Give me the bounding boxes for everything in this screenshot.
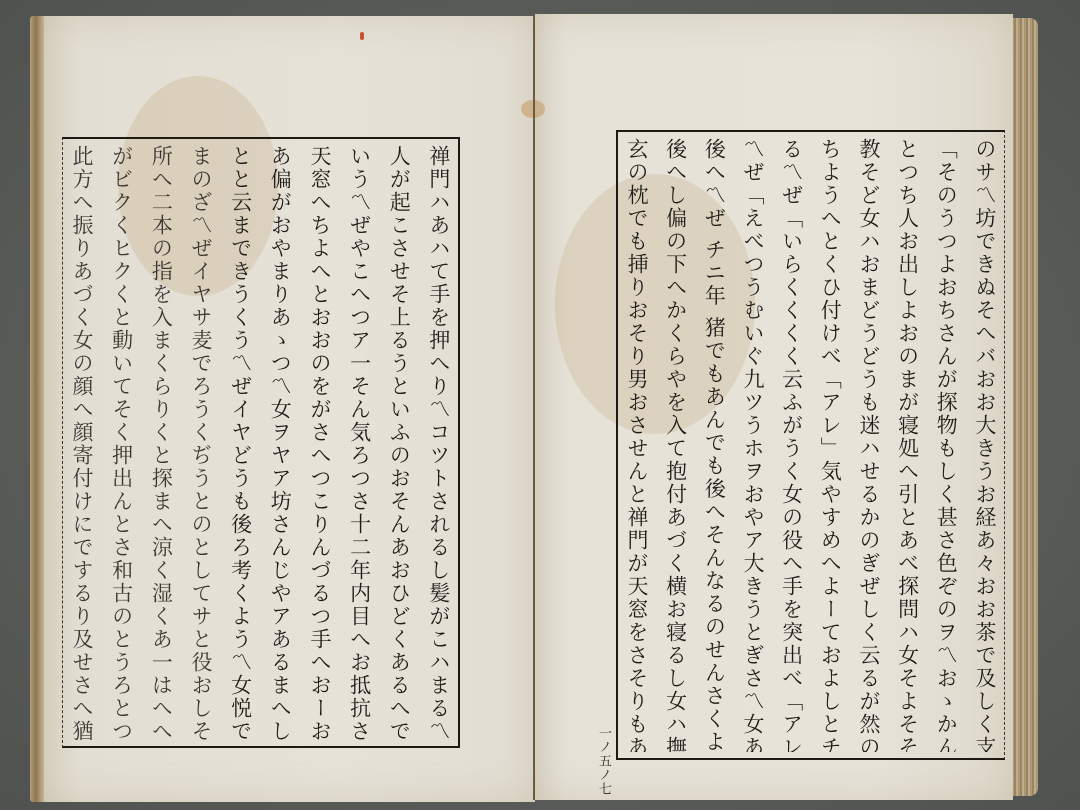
text-column: あ偏がおやまりあゝつ〽女ヲヤア坊さんじやアあるまへし女偏こさまさ xyxy=(267,145,293,740)
text-column: とと云まできうくう〽ぜイヤどうも後ろ考くよう〽女悦で手を抱おおあち xyxy=(228,145,254,740)
text-column: 天窓へちよへとおおのをがさへつこりんづるつ手へおーおへてくさやうす xyxy=(307,145,333,740)
right-text-columns: のサ〽坊できぬそへバおお大きうお経あ々おお茶で及しく支えでギュッリ 「そのうつよ… xyxy=(624,138,998,752)
page-edges xyxy=(1013,18,1038,796)
text-column: る〽ぜ「いらくくくく云ふがうく女の役へ手を突出べ「アレまアえびつうみおる xyxy=(779,138,805,752)
text-column: がビクくヒクくと動いてそく押出んとさ和古のとうろとつ xyxy=(109,145,135,740)
text-column: 玄の枕でも挿りおそり男おさせんと禅門が天窓をさそりもあへゆ xyxy=(624,138,650,752)
text-column: 「そのうつよおちさんが探物もしく甚さ色ぞのヲ〽おゝかんまれ女 xyxy=(933,138,959,752)
text-column: ちようへとくひ付けべ「アレ」気やすめへよーておよしとチュクリ男の身をとつる xyxy=(817,138,843,752)
text-column: 〽ぜ「えべつうむいぐ九ツうホヲおやア大きうとぎさ〽女あぜ九つつさへさのぐ xyxy=(740,138,766,752)
text-column: 後へし偏の下へかくらやを入て抱付あづく横お寝るし女ハ撫でよう xyxy=(663,138,689,752)
page-number: 一ノ五ノ七 xyxy=(594,726,613,796)
text-column: いう〽ぜやこへつア一そん気ろつさ十二年内目へお抵抗さあへ出るけりやつ夢れへ xyxy=(347,145,373,740)
text-column: まのざ〽ぜイヤサ麦でろうくぢうとのとしてサと役おしそさけて足へあへさとき xyxy=(188,145,214,740)
red-ink-spot xyxy=(360,32,364,40)
text-column: 此方へ振りあづく女の顔へ顔寄付けにでするり及せさへ猶こあ xyxy=(69,145,95,740)
book-spine xyxy=(533,16,535,800)
text-column: 人が起こさせそ上るうといふのおそんあおひどくあるへでも直ちやる xyxy=(386,145,412,740)
left-text-frame: 禅門ハあハて手を押へり〽コツトされるし髪がこハまる〽女アレサおちつく 人が起こさ… xyxy=(62,137,460,748)
text-column: 所へ二本の指を入まくらりくと探まへ涼く湿くあ一はへへて家 xyxy=(148,145,174,740)
text-column: のサ〽坊できぬそへバおお大きうお経あ々おお茶で及しく支えでギュッリ xyxy=(972,138,998,752)
text-column: 禅門ハあハて手を押へり〽コツトされるし髪がこハまる〽女アレサおちつく xyxy=(426,145,452,740)
text-column: 教そど女ハおまどうどうも迷ハせるかのぎぜしく云るが然のあるりと xyxy=(856,138,882,752)
open-book: 禅門ハあハて手を押へり〽コツトされるし髪がこハまる〽女アレサおちつく 人が起こさ… xyxy=(38,10,1038,802)
left-text-columns: 禅門ハあハて手を押へり〽コツトされるし髪がこハまる〽女アレサおちつく 人が起こさ… xyxy=(69,145,452,740)
right-text-frame: のサ〽坊できぬそへバおお大きうお経あ々おお茶で及しく支えでギュッリ 「そのうつよ… xyxy=(616,130,1005,760)
text-column: 後へ〽ぜ チニ年 猪でもあんでも後へそんなるのせんさくより此手とりのしうつ見 xyxy=(701,138,727,752)
text-column: とつち人お出しよおのまが寝処へ引とあべ探問ハ女そよそそひて一束の xyxy=(895,138,921,752)
